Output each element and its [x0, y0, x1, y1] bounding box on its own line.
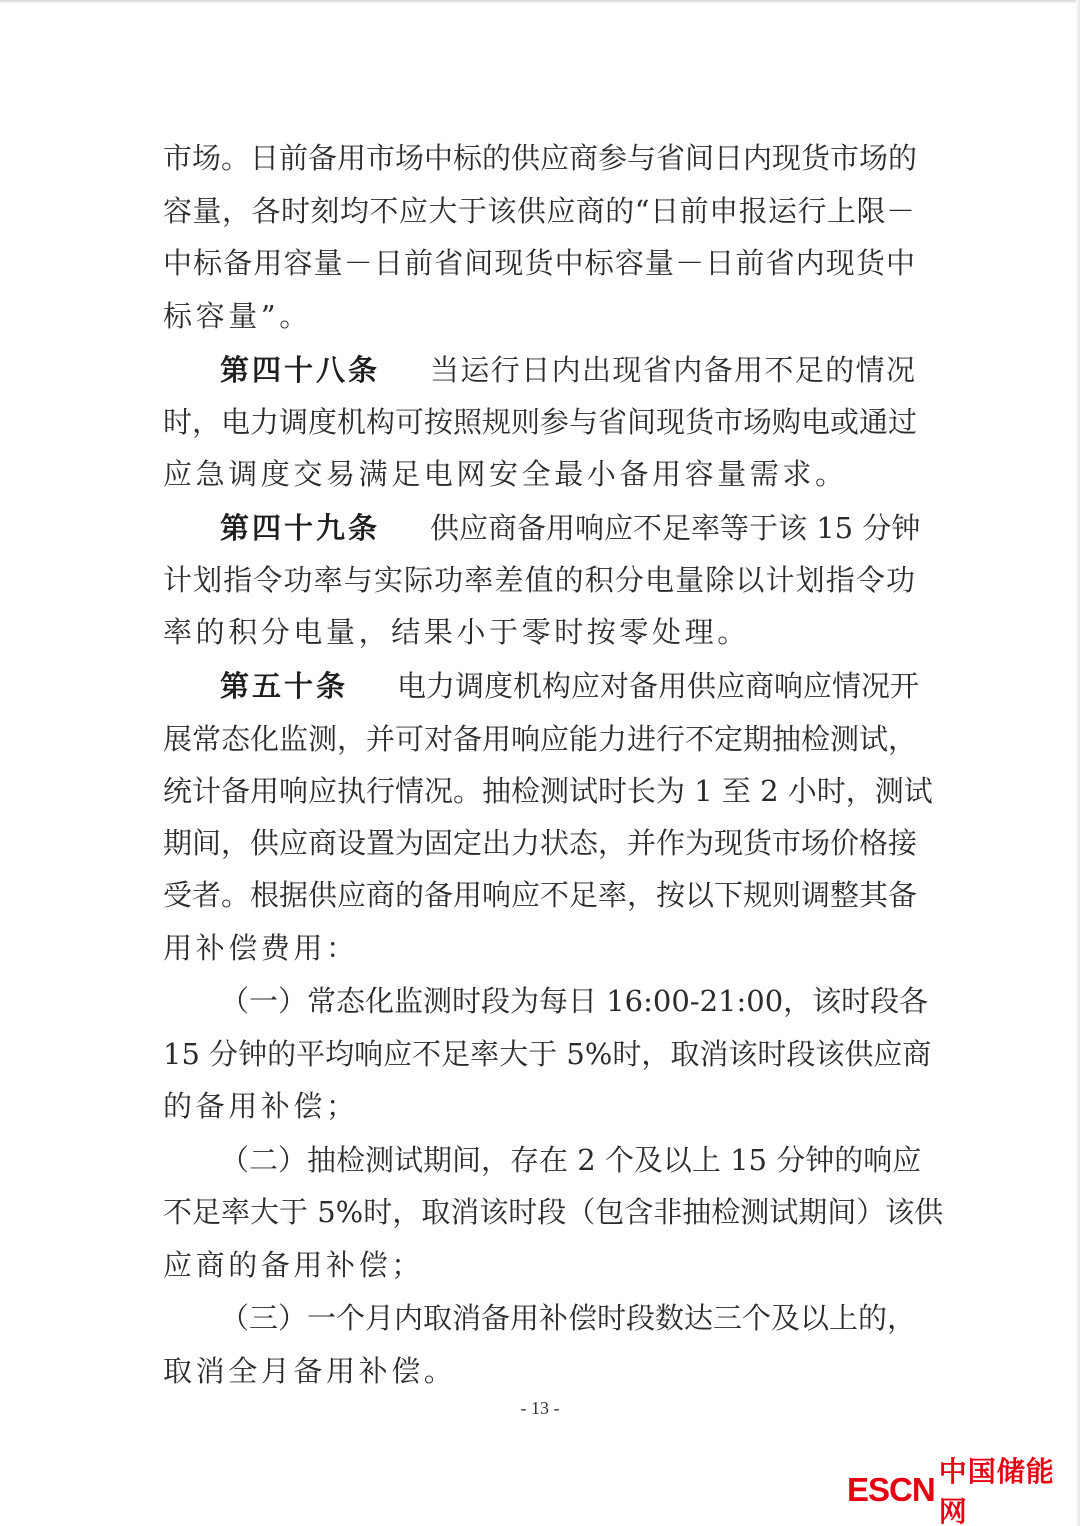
article-first-line: 供应商备用响应不足率等于该 15 分钟: [430, 508, 915, 548]
paragraph-line: 计划指令功率与实际功率差值的积分电量除以计划指令功: [163, 560, 915, 600]
article-heading: 第四十九条: [220, 508, 380, 548]
paragraph-line: 15 分钟的平均响应不足率大于 5%时，取消该时段该供应商: [163, 1034, 915, 1074]
paragraph-line: 应商的备用补偿；: [163, 1245, 915, 1285]
paragraph-line: 市场。日前备用市场中标的供应商参与省间日内现货市场的: [163, 138, 915, 178]
paragraph-line: 的备用补偿；: [163, 1086, 915, 1126]
escn-watermark-logo: ESCN 中国储能网: [847, 1470, 1080, 1510]
watermark-brand-en: ESCN: [847, 1471, 935, 1509]
document-page: 市场。日前备用市场中标的供应商参与省间日内现货市场的 容量，各时刻均不应大于该供…: [0, 0, 1080, 1526]
paragraph-line: 期间，供应商设置为固定出力状态，并作为现货市场价格接: [163, 823, 915, 863]
article-first-line: 当运行日内出现省内备用不足的情况: [430, 350, 915, 390]
watermark-brand-cn: 中国储能网: [939, 1450, 1080, 1526]
article-heading: 第四十八条: [220, 350, 380, 390]
list-item-first-line: （二）抽检测试期间，存在 2 个及以上 15 分钟的响应: [220, 1140, 915, 1180]
paragraph-line: 时，电力调度机构可按照规则参与省间现货市场购电或通过: [163, 402, 915, 442]
page-number: - 13 -: [0, 1398, 1080, 1419]
paragraph-line: 标容量”。: [163, 296, 915, 336]
paragraph-line: 率的积分电量，结果小于零时按零处理。: [163, 612, 915, 652]
article-first-line: 电力调度机构应对备用供应商响应情况开: [397, 666, 915, 706]
paragraph-line: 中标备用容量－日前省间现货中标容量－日前省内现货中: [163, 243, 915, 283]
paragraph-line: 受者。根据供应商的备用响应不足率，按以下规则调整其备: [163, 875, 915, 915]
paragraph-line: 应急调度交易满足电网安全最小备用容量需求。: [163, 454, 915, 494]
paragraph-line: 展常态化监测，并可对备用响应能力进行不定期抽检测试，: [163, 719, 915, 759]
paragraph-line: 不足率大于 5%时，取消该时段（包含非抽检测试期间）该供: [163, 1192, 915, 1232]
paragraph-line: 统计备用响应执行情况。抽检测试时长为 1 至 2 小时，测试: [163, 771, 915, 811]
paragraph-line: 用补偿费用：: [163, 928, 915, 968]
article-heading: 第五十条: [220, 666, 348, 706]
paragraph-line: 容量，各时刻均不应大于该供应商的“日前申报运行上限－: [163, 191, 915, 231]
list-item-first-line: （一）常态化监测时段为每日 16:00-21:00，该时段各: [220, 981, 915, 1021]
list-item-first-line: （三）一个月内取消备用补偿时段数达三个及以上的，: [220, 1298, 915, 1338]
paragraph-line: 取消全月备用补偿。: [163, 1351, 915, 1391]
